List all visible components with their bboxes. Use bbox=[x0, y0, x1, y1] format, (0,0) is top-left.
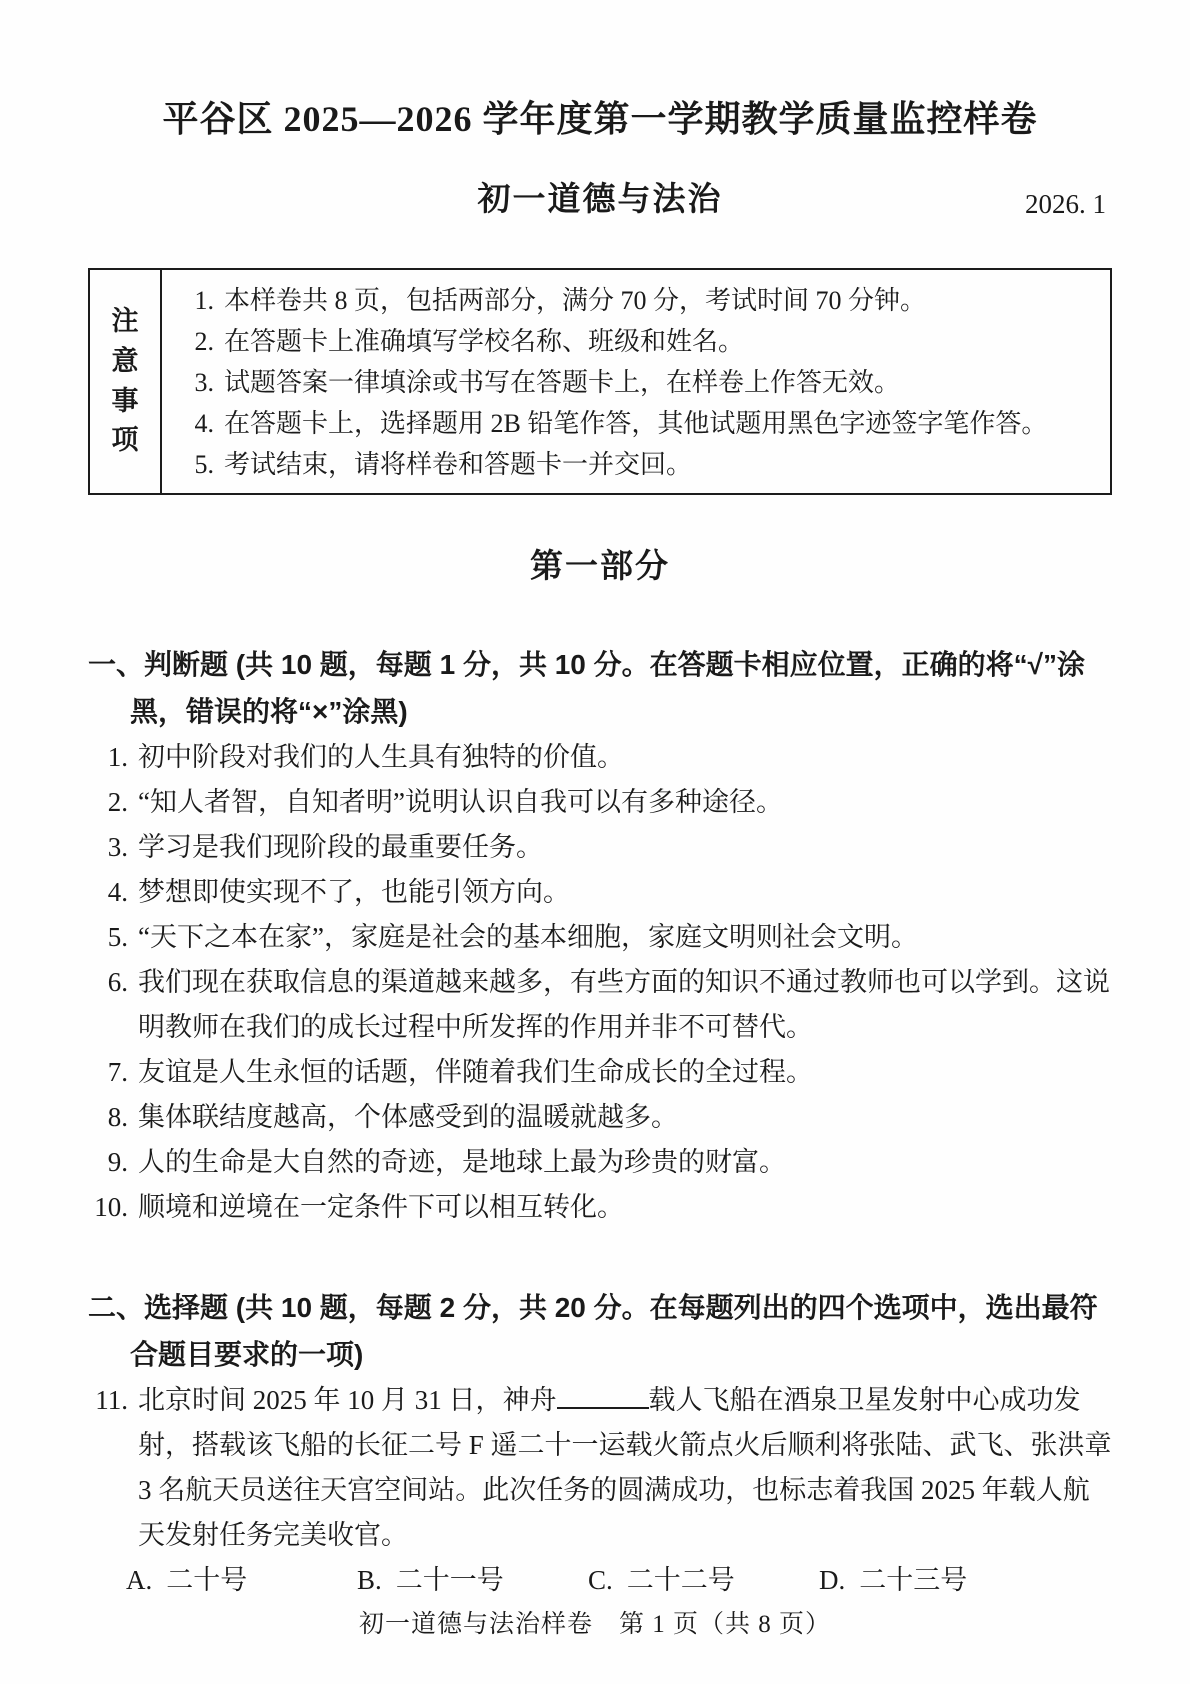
option-text: 二十一号 bbox=[396, 1565, 504, 1595]
notice-item-number: 3. bbox=[182, 362, 214, 403]
option-label: D. bbox=[819, 1558, 845, 1603]
item-number: 8. bbox=[88, 1095, 128, 1140]
notice-item: 5. 考试结束，请将样卷和答题卡一并交回。 bbox=[182, 444, 1100, 485]
exam-paper-page: 平谷区 2025—2026 学年度第一学期教学质量监控样卷 初一道德与法治 20… bbox=[0, 0, 1190, 1684]
judgment-item: 10. 顺境和逆境在一定条件下可以相互转化。 bbox=[88, 1185, 1112, 1230]
option-label: C. bbox=[588, 1558, 613, 1603]
item-number: 5. bbox=[88, 915, 128, 960]
item-number: 4. bbox=[88, 870, 128, 915]
judgment-item: 4. 梦想即使实现不了，也能引领方向。 bbox=[88, 870, 1112, 915]
notice-label-char: 注 bbox=[112, 307, 139, 337]
option-label: A. bbox=[126, 1558, 152, 1603]
option-text: 二十二号 bbox=[627, 1565, 735, 1595]
notice-item-number: 5. bbox=[182, 444, 214, 485]
item-number: 2. bbox=[88, 780, 128, 825]
item-text: 梦想即使实现不了，也能引领方向。 bbox=[138, 870, 1112, 915]
notice-label-char: 意 bbox=[112, 347, 139, 377]
option-label: B. bbox=[357, 1558, 382, 1603]
notice-box: 注 意 事 项 1. 本样卷共 8 页，包括两部分，满分 70 分，考试时间 7… bbox=[88, 268, 1112, 495]
judgment-item: 3. 学习是我们现阶段的最重要任务。 bbox=[88, 825, 1112, 870]
option-d: D.二十三号 bbox=[819, 1558, 967, 1603]
question-number: 11. bbox=[88, 1378, 128, 1558]
question-11-options: A.二十号 B.二十一号 C.二十二号 D.二十三号 bbox=[126, 1558, 1112, 1603]
option-a: A.二十号 bbox=[126, 1558, 357, 1603]
option-text: 二十号 bbox=[166, 1565, 247, 1595]
notice-label: 注 意 事 项 bbox=[90, 270, 162, 493]
exam-date: 2026. 1 bbox=[1025, 187, 1106, 221]
notice-item-number: 4. bbox=[182, 403, 214, 444]
notice-item-number: 1. bbox=[182, 280, 214, 321]
option-text: 二十三号 bbox=[859, 1565, 967, 1595]
item-number: 7. bbox=[88, 1050, 128, 1095]
item-text: “天下之本在家”，家庭是社会的基本细胞，家庭文明则社会文明。 bbox=[138, 915, 1112, 960]
judgment-item: 7. 友谊是人生永恒的话题，伴随着我们生命成长的全过程。 bbox=[88, 1050, 1112, 1095]
item-text: 学习是我们现阶段的最重要任务。 bbox=[138, 825, 1112, 870]
notice-item-text: 在答题卡上，选择题用 2B 铅笔作答，其他试题用黑色字迹签字笔作答。 bbox=[224, 403, 1047, 444]
notice-item-text: 在答题卡上准确填写学校名称、班级和姓名。 bbox=[224, 321, 744, 362]
judgment-item: 8. 集体联结度越高，个体感受到的温暖就越多。 bbox=[88, 1095, 1112, 1140]
item-number: 9. bbox=[88, 1140, 128, 1185]
notice-item-text: 本样卷共 8 页，包括两部分，满分 70 分，考试时间 70 分钟。 bbox=[224, 280, 926, 321]
judgment-items: 1. 初中阶段对我们的人生具有独特的价值。 2. “知人者智，自知者明”说明认识… bbox=[88, 735, 1112, 1230]
notice-item: 1. 本样卷共 8 页，包括两部分，满分 70 分，考试时间 70 分钟。 bbox=[182, 280, 1100, 321]
judgment-item: 2. “知人者智，自知者明”说明认识自我可以有多种途径。 bbox=[88, 780, 1112, 825]
item-number: 10. bbox=[88, 1185, 128, 1230]
item-text: 人的生命是大自然的奇迹，是地球上最为珍贵的财富。 bbox=[138, 1140, 1112, 1185]
item-number: 1. bbox=[88, 735, 128, 780]
option-b: B.二十一号 bbox=[357, 1558, 588, 1603]
question-text: 北京时间 2025 年 10 月 31 日，神舟载人飞船在酒泉卫星发射中心成功发… bbox=[138, 1378, 1112, 1558]
section-one-heading: 一、判断题 (共 10 题，每题 1 分，共 10 分。在答题卡相应位置，正确的… bbox=[88, 641, 1112, 735]
question-blank-underline bbox=[557, 1385, 649, 1409]
notice-item-text: 考试结束，请将样卷和答题卡一并交回。 bbox=[224, 444, 692, 485]
question-text-before-blank: 北京时间 2025 年 10 月 31 日，神舟 bbox=[138, 1385, 557, 1415]
notice-label-char: 事 bbox=[112, 387, 139, 417]
item-text: 初中阶段对我们的人生具有独特的价值。 bbox=[138, 735, 1112, 780]
item-number: 3. bbox=[88, 825, 128, 870]
notice-item-text: 试题答案一律填涂或书写在答题卡上，在样卷上作答无效。 bbox=[224, 362, 900, 403]
exam-subject: 初一道德与法治 bbox=[478, 180, 723, 217]
item-text: “知人者智，自知者明”说明认识自我可以有多种途径。 bbox=[138, 780, 1112, 825]
notice-item: 2. 在答题卡上准确填写学校名称、班级和姓名。 bbox=[182, 321, 1100, 362]
notice-label-char: 项 bbox=[112, 426, 139, 456]
question-11: 11. 北京时间 2025 年 10 月 31 日，神舟载人飞船在酒泉卫星发射中… bbox=[88, 1378, 1112, 1558]
judgment-item: 1. 初中阶段对我们的人生具有独特的价值。 bbox=[88, 735, 1112, 780]
notice-list: 1. 本样卷共 8 页，包括两部分，满分 70 分，考试时间 70 分钟。 2.… bbox=[162, 270, 1110, 493]
judgment-item: 9. 人的生命是大自然的奇迹，是地球上最为珍贵的财富。 bbox=[88, 1140, 1112, 1185]
exam-title: 平谷区 2025—2026 学年度第一学期教学质量监控样卷 bbox=[88, 98, 1112, 141]
judgment-item: 5. “天下之本在家”，家庭是社会的基本细胞，家庭文明则社会文明。 bbox=[88, 915, 1112, 960]
item-text: 我们现在获取信息的渠道越来越多，有些方面的知识不通过教师也可以学到。这说明教师在… bbox=[138, 960, 1112, 1050]
item-number: 6. bbox=[88, 960, 128, 1050]
option-c: C.二十二号 bbox=[588, 1558, 819, 1603]
item-text: 顺境和逆境在一定条件下可以相互转化。 bbox=[138, 1185, 1112, 1230]
subtitle-row: 初一道德与法治 2026. 1 bbox=[88, 177, 1112, 221]
notice-item-number: 2. bbox=[182, 321, 214, 362]
part-one-title: 第一部分 bbox=[88, 545, 1112, 587]
item-text: 集体联结度越高，个体感受到的温暖就越多。 bbox=[138, 1095, 1112, 1140]
page-footer: 初一道德与法治样卷 第 1 页（共 8 页） bbox=[0, 1604, 1190, 1640]
judgment-item: 6. 我们现在获取信息的渠道越来越多，有些方面的知识不通过教师也可以学到。这说明… bbox=[88, 960, 1112, 1050]
notice-item: 3. 试题答案一律填涂或书写在答题卡上，在样卷上作答无效。 bbox=[182, 362, 1100, 403]
item-text: 友谊是人生永恒的话题，伴随着我们生命成长的全过程。 bbox=[138, 1050, 1112, 1095]
section-two-heading: 二、选择题 (共 10 题，每题 2 分，共 20 分。在每题列出的四个选项中，… bbox=[88, 1284, 1112, 1378]
notice-item: 4. 在答题卡上，选择题用 2B 铅笔作答，其他试题用黑色字迹签字笔作答。 bbox=[182, 403, 1100, 444]
